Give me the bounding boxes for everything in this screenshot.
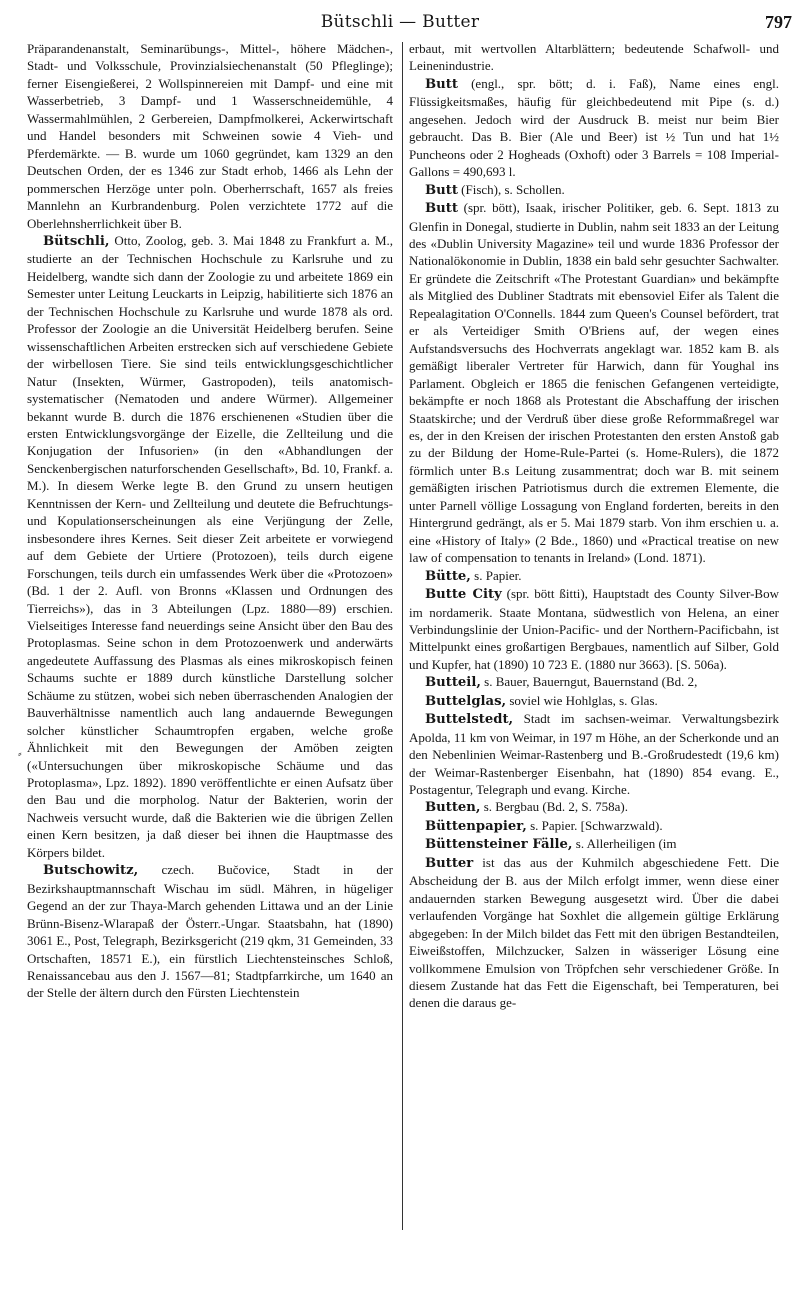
column-divider xyxy=(402,42,403,1230)
entry-text: s. Papier. [Schwarzwald). xyxy=(530,818,663,833)
entry-lemma: Büttenpapier, xyxy=(425,819,527,834)
entry-text: (Fisch), s. Schollen. xyxy=(461,182,565,197)
entry-lemma: Butter xyxy=(425,856,473,871)
entry-text: erbaut, mit wertvollen Altarblättern; be… xyxy=(409,41,779,73)
entry-buttelstedt: Buttelstedt, Stadt im sachsen-weimar. Ve… xyxy=(409,710,779,798)
entry-buetschli: Bütschli, Otto, Zoolog, geb. 3. Mai 1848… xyxy=(27,232,393,861)
entry-continuation: Präparandenanstalt, Seminarübungs-, Mitt… xyxy=(27,40,393,232)
entry-text: ist das aus der Kuhmilch abgeschiedene F… xyxy=(409,855,779,1011)
entry-lemma: Butschowitz, xyxy=(43,863,138,878)
entry-butten: Butten, s. Bergbau (Bd. 2, S. 758a). xyxy=(409,798,779,816)
entry-butter: Butter ist das aus der Kuhmilch abgeschi… xyxy=(409,854,779,1012)
entry-text: (spr. bött), Isaak, irischer Politiker, … xyxy=(409,200,779,565)
page-header: Bütschli — Butter 797 xyxy=(0,0,800,40)
entry-butschowitz: Butschowitz, czech. Bučovice, Stadt in d… xyxy=(27,861,393,1002)
entry-lemma: Bütschli, xyxy=(43,234,109,249)
entry-butte-city: Butte City (spr. bött ßitti), Hauptstadt… xyxy=(409,585,779,673)
entry-lemma: Butt xyxy=(425,183,458,198)
entry-lemma: Büttensteiner Fälle, xyxy=(425,837,573,852)
page-number: 797 xyxy=(765,12,792,33)
entry-butteil: Butteil, s. Bauer, Bauerngut, Bauernstan… xyxy=(409,673,779,691)
entry-text: (engl., spr. bött; d. i. Faß), Name eine… xyxy=(409,76,779,179)
entry-text: Präparandenanstalt, Seminarübungs-, Mitt… xyxy=(27,41,393,231)
entry-lemma: Buttelstedt, xyxy=(425,712,513,727)
entry-butt-fish: Butt (Fisch), s. Schollen. xyxy=(409,181,779,199)
entry-buettenpapier: Büttenpapier, s. Papier. [Schwarzwald). xyxy=(409,817,779,835)
entry-lemma: Butteil, xyxy=(425,675,481,690)
entry-text: s. Bauer, Bauerngut, Bauernstand (Bd. 2, xyxy=(484,674,697,689)
entry-lemma: Butt xyxy=(425,77,458,92)
entry-text: s. Papier. xyxy=(474,568,521,583)
entry-continuation: erbaut, mit wertvollen Altarblättern; be… xyxy=(409,40,779,75)
entry-text: czech. Bučovice, Stadt in der Bezirkshau… xyxy=(27,862,393,1000)
entry-text: soviel wie Hohlglas, s. Glas. xyxy=(509,693,657,708)
entry-lemma: Butte City xyxy=(425,587,502,602)
entry-buette: Bütte, s. Papier. xyxy=(409,567,779,585)
entry-buettensteiner-faelle: Büttensteiner Fälle, s. Allerheiligen (i… xyxy=(409,835,779,853)
entry-buttelglas: Buttelglas, soviel wie Hohlglas, s. Glas… xyxy=(409,692,779,710)
right-column: erbaut, mit wertvollen Altarblättern; be… xyxy=(409,40,779,1012)
entry-text: Otto, Zoolog, geb. 3. Mai 1848 zu Frankf… xyxy=(27,233,393,860)
margin-mark: ⸗ xyxy=(18,747,22,760)
entry-lemma: Butten, xyxy=(425,800,481,815)
entry-lemma: Butt xyxy=(425,201,458,216)
entry-lemma: Bütte, xyxy=(425,569,471,584)
entry-text: s. Bergbau (Bd. 2, S. 758a). xyxy=(484,799,628,814)
entry-text: s. Allerheiligen (im xyxy=(576,836,677,851)
entry-lemma: Buttelglas, xyxy=(425,694,506,709)
entry-butt-isaak: Butt (spr. bött), Isaak, irischer Politi… xyxy=(409,199,779,567)
entry-butt-measure: Butt (engl., spr. bött; d. i. Faß), Name… xyxy=(409,75,779,181)
running-title: Bütschli — Butter xyxy=(0,12,800,32)
left-column: Präparandenanstalt, Seminarübungs-, Mitt… xyxy=(27,40,393,1002)
